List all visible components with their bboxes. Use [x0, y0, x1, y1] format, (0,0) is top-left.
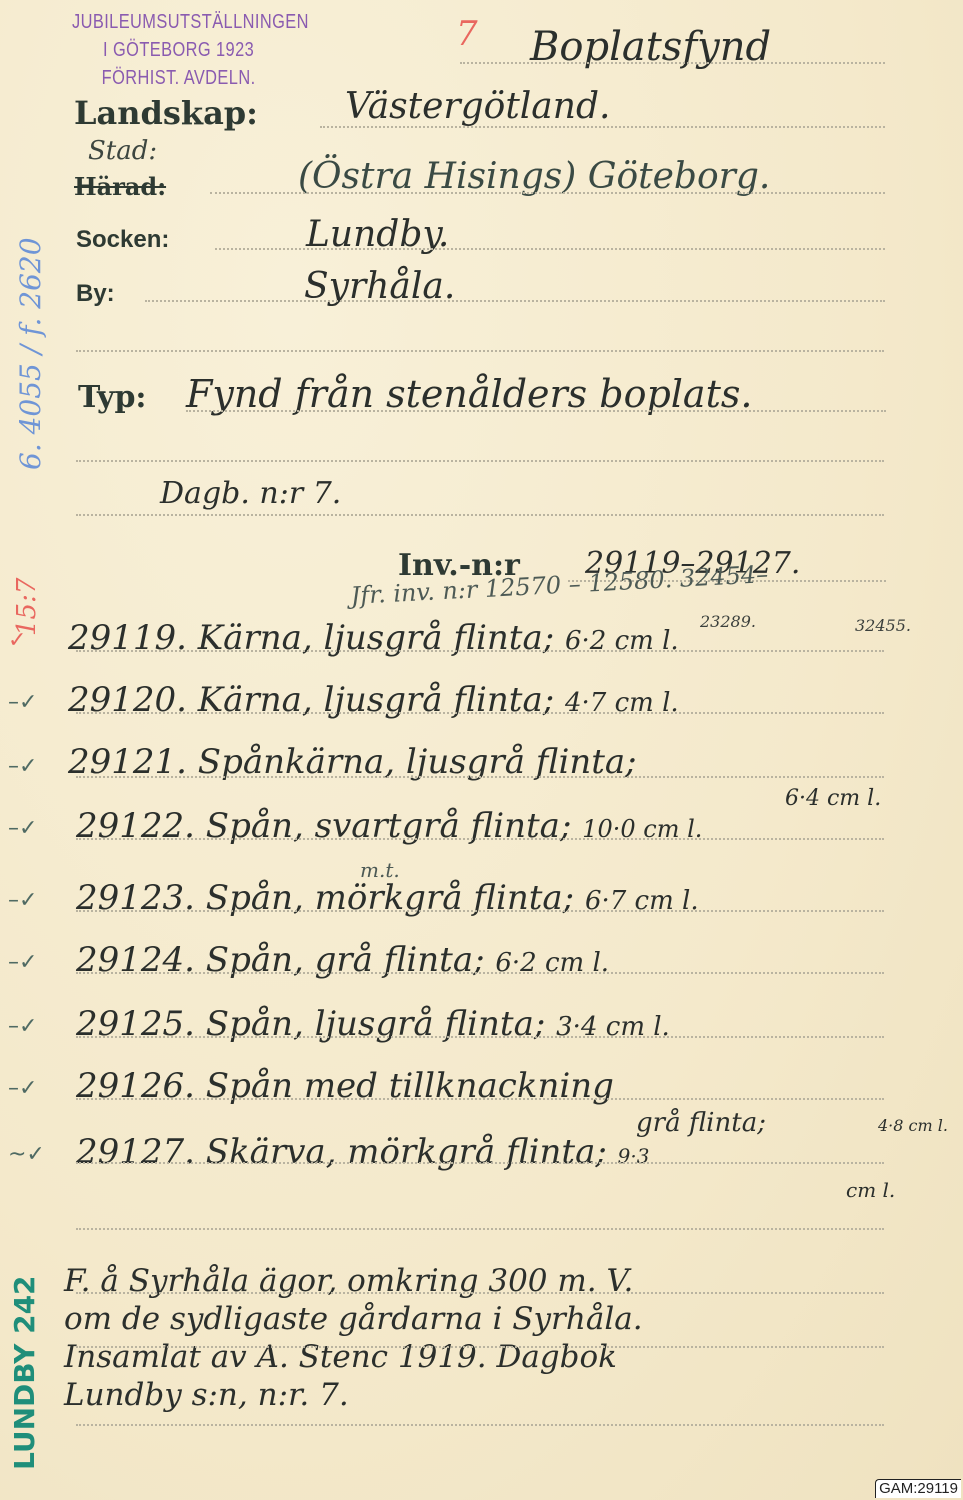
findspot-line: Lundby s:n, n:r. 7.	[64, 1376, 643, 1414]
item-description: Spån, ljusgrå flinta;	[206, 1004, 546, 1044]
field-label-harad-struck: Härad:	[74, 172, 166, 201]
tick-mark-icon: –✓	[8, 690, 37, 715]
dotted-line	[76, 1036, 884, 1038]
item-continuation: grå flinta;	[636, 1108, 766, 1138]
field-label-by: By:	[76, 280, 115, 308]
field-label-landskap: Landskap:	[74, 94, 258, 132]
field-label-socken: Socken:	[76, 226, 169, 254]
field-label-typ: Typ:	[78, 380, 147, 415]
stamp-line: FÖRHIST. AVDELN.	[72, 64, 285, 92]
findspot-line: om de sydligaste gårdarna i Syrhåla.	[64, 1300, 643, 1338]
findspot-note: F. å Syrhåla ägor, omkring 300 m. V. om …	[64, 1262, 643, 1414]
item-row: 29125. Spån, ljusgrå flinta; 3·4 cm l.	[76, 1004, 670, 1044]
tick-mark-icon: –✓	[8, 816, 37, 841]
dotted-line	[76, 838, 884, 840]
item-size: 4·8 cm l.	[878, 1116, 948, 1135]
dotted-line	[186, 410, 886, 412]
dotted-line	[76, 712, 884, 714]
tick-mark-icon: –✓	[8, 1076, 37, 1101]
item-description: Skärva, mörkgrå flinta;	[206, 1132, 607, 1172]
item-description: Spån, mörkgrå flinta;	[206, 878, 574, 918]
cross-reference-sup: 23289.	[700, 612, 756, 631]
dotted-line	[320, 126, 885, 128]
item-number: 29122.	[76, 806, 195, 846]
exhibition-stamp: JUBILEUMSUTSTÄLLNINGEN I GÖTEBORG 1923 F…	[72, 8, 285, 92]
margin-note-red: 15:7	[12, 578, 42, 636]
dotted-line	[76, 1162, 884, 1164]
red-number-mark: 7	[456, 14, 478, 54]
catalogue-id-label: GAM:29119	[875, 1479, 961, 1498]
dotted-line	[210, 192, 885, 194]
tick-mark-icon: –✓	[8, 1014, 37, 1039]
field-value-stad: (Östra Hisings) Göteborg.	[298, 156, 770, 197]
findspot-line: F. å Syrhåla ägor, omkring 300 m. V.	[64, 1262, 643, 1300]
item-number: 29126.	[76, 1066, 195, 1106]
item-row: 29126. Spån med tillknackning	[76, 1066, 614, 1106]
stamp-line: I GÖTEBORG 1923	[72, 36, 285, 64]
tick-mark-icon: –✓	[8, 754, 37, 779]
dotted-line	[76, 1228, 884, 1230]
item-number: 29120.	[68, 680, 187, 720]
item-number: 29119.	[68, 618, 187, 658]
item-size: 9·3	[618, 1144, 650, 1168]
tick-mark-icon: –✓	[8, 950, 37, 975]
item-row: 29127. Skärva, mörkgrå flinta; 9·3	[76, 1132, 649, 1172]
field-value-landskap: Västergötland.	[345, 86, 610, 127]
dagbok-note: Dagb. n:r 7.	[160, 476, 341, 511]
item-row: 29123. Spån, mörkgrå flinta; 6·7 cm l.	[76, 878, 699, 918]
stamp-line: JUBILEUMSUTSTÄLLNINGEN	[72, 8, 285, 36]
item-number: 29124.	[76, 940, 195, 980]
dotted-line	[76, 776, 884, 778]
dotted-line	[215, 248, 885, 250]
margin-note-blue: 6. 4055 / f. 2620	[14, 237, 47, 470]
item-description: Spån med tillknackning	[206, 1066, 614, 1106]
item-row: 29122. Spån, svartgrå flinta; 10·0 cm l.	[76, 806, 702, 846]
item-row: 29120. Kärna, ljusgrå flinta; 4·7 cm l.	[68, 680, 679, 720]
dotted-line	[76, 1098, 884, 1100]
item-row: 29124. Spån, grå flinta; 6·2 cm l.	[76, 940, 609, 980]
item-description: Spån, svartgrå flinta;	[206, 806, 572, 846]
dotted-line	[76, 1292, 884, 1294]
tick-mark-icon: –✓	[8, 888, 37, 913]
findspot-line: Insamlat av A. Stenc 1919. Dagbok	[64, 1338, 643, 1376]
item-size: 6·4 cm l.	[785, 786, 881, 811]
dotted-line	[460, 62, 885, 64]
item-number: 29123.	[76, 878, 195, 918]
dotted-line	[145, 300, 885, 302]
dotted-line	[76, 910, 884, 912]
item-description: Kärna, ljusgrå flinta;	[198, 680, 554, 720]
tick-mark-icon: ~✓	[8, 1142, 45, 1167]
item-size-unit: cm l.	[846, 1178, 895, 1202]
dotted-line	[76, 1424, 884, 1426]
item-row: 29119. Kärna, ljusgrå flinta; 6·2 cm l.	[68, 618, 679, 658]
dotted-line	[76, 1346, 884, 1348]
margin-note-green: LUNDBY 242	[8, 1275, 41, 1470]
item-number: 29127.	[76, 1132, 195, 1172]
dotted-line	[76, 514, 884, 516]
dotted-line	[76, 650, 884, 652]
dotted-line	[76, 460, 884, 462]
item-description: Spån, grå flinta;	[206, 940, 485, 980]
item-number: 29125.	[76, 1004, 195, 1044]
cross-reference-sup: 32455.	[855, 616, 911, 635]
item-description: Kärna, ljusgrå flinta;	[198, 618, 554, 658]
dotted-line	[76, 350, 884, 352]
field-label-stad: Stad:	[88, 136, 157, 166]
dotted-line	[76, 972, 884, 974]
